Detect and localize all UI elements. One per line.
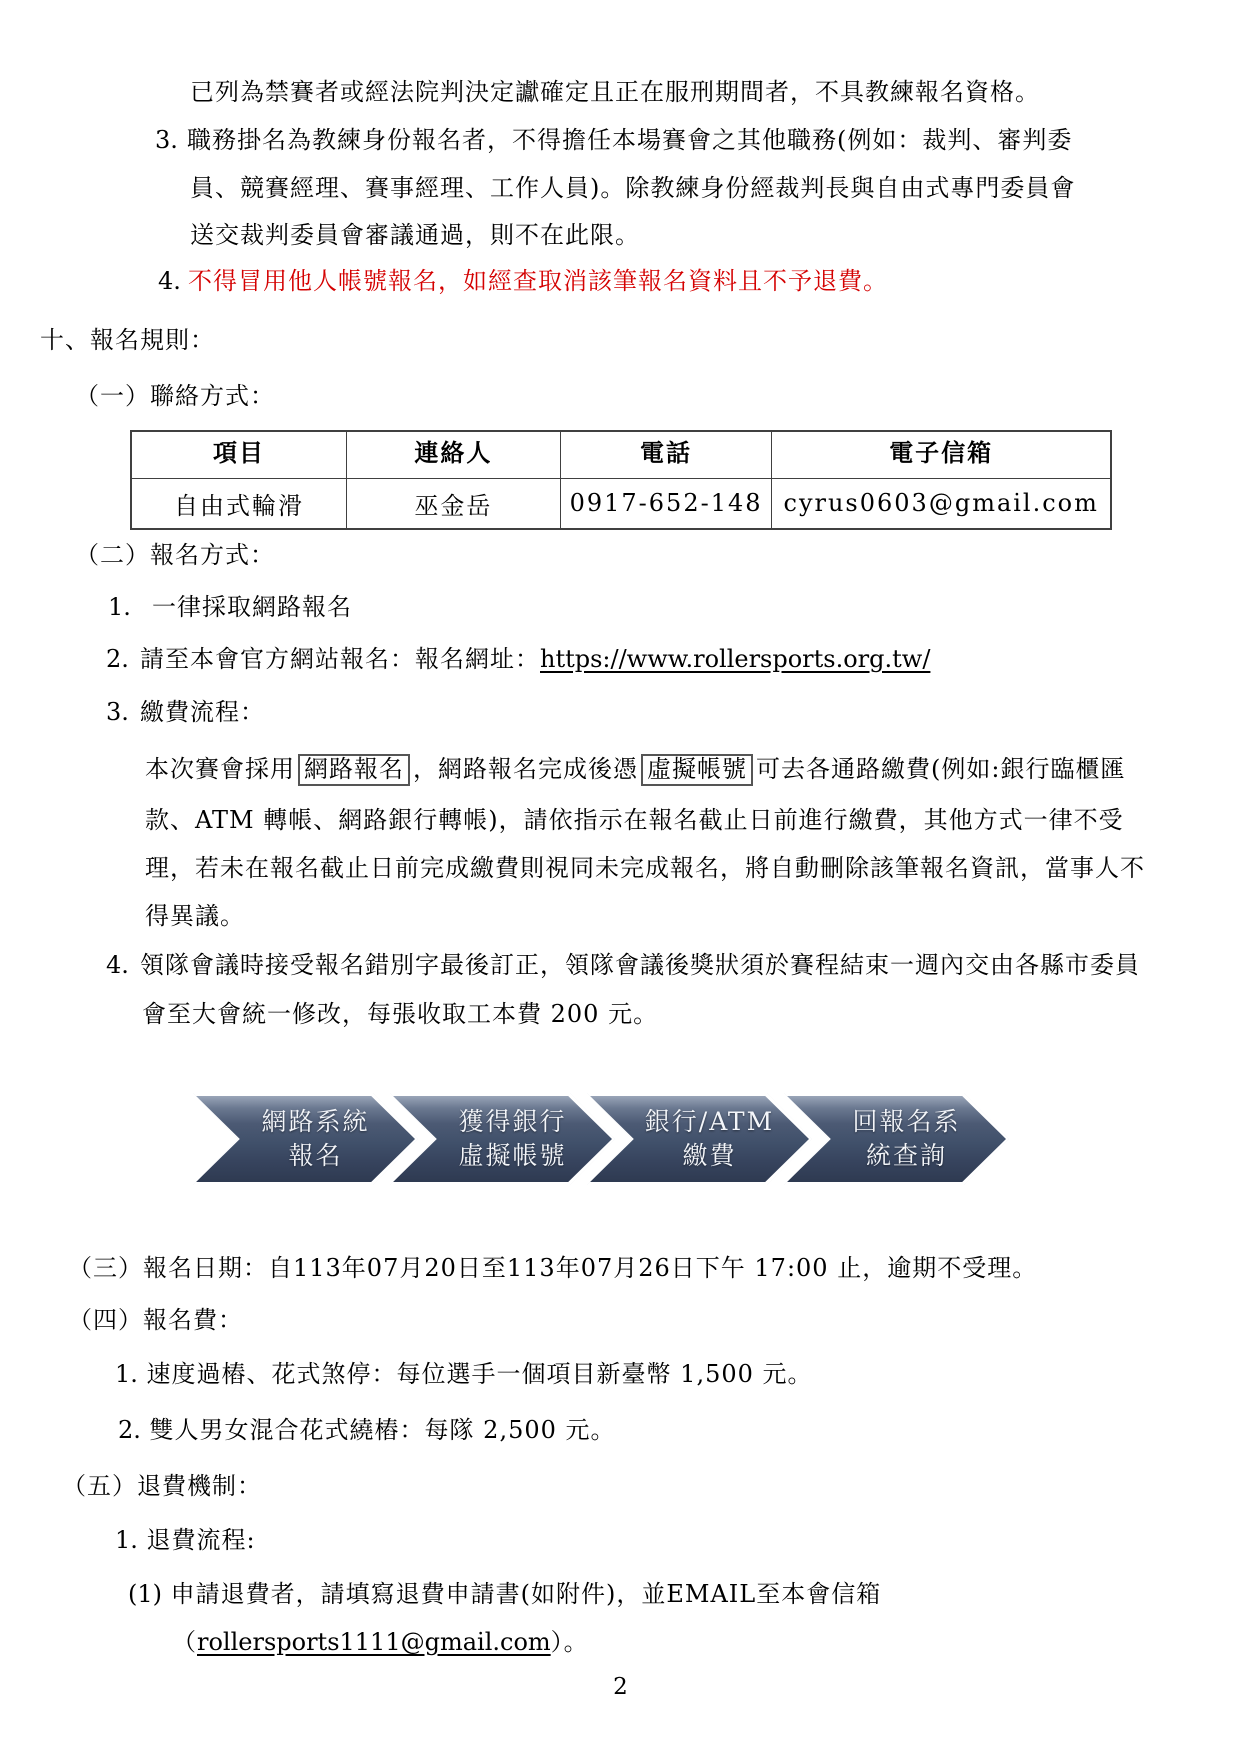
refund-item1-number: 1.	[115, 1526, 138, 1554]
method-item4-line2: 會至大會統一修改，每張收取工本費 200 元。	[142, 1000, 658, 1029]
contact-cell-phone: 0917-652-148	[560, 478, 772, 529]
refund-sub-number: (1)	[128, 1580, 162, 1608]
email-close-paren: ）。	[551, 1628, 589, 1656]
rule3-line1: 職務掛名為教練身份報名者，不得擔任本場賽會之其他職務(例如：裁判、審判委	[187, 126, 1072, 155]
contact-header-email: 電子信箱	[772, 431, 1111, 478]
fee-item2-text: 雙人男女混合花式繞樁：每隊 2,500 元。	[150, 1416, 616, 1444]
rule4-warning-text: 不得冒用他人帳號報名，如經查取消該筆報名資料且不予退費。	[188, 267, 888, 296]
date-section-line: （三）報名日期：自113年07月20日至113年07月26日下午 17:00 止…	[68, 1254, 1037, 1283]
boxed-term-online-registration: 網路報名	[298, 754, 410, 786]
email-open-paren: （	[172, 1628, 197, 1656]
contact-header-item: 項目	[131, 431, 347, 478]
contact-cell-item: 自由式輪滑	[131, 478, 347, 529]
contact-cell-email: cyrus0603@gmail.com	[772, 478, 1111, 529]
payment-para-line1-b: ，網路報名完成後憑	[413, 755, 638, 783]
contact-table-data-row: 自由式輪滑 巫金岳 0917-652-148 cyrus0603@gmail.c…	[131, 478, 1111, 529]
rule3-number: 3.	[155, 126, 178, 155]
flow-step-3-label: 銀行/ATM 繳費	[590, 1096, 809, 1182]
payment-para-line4: 得異議。	[145, 902, 245, 931]
payment-para-line3: 理，若未在報名截止日前完成繳費則視同未完成報名，將自動刪除該筆報名資訊，當事人不	[145, 854, 1145, 883]
method-item2-line: 請至本會官方網站報名：報名網址：https://www.rollersports…	[140, 645, 930, 674]
refund-email-line: （rollersports1111@gmail.com）。	[172, 1628, 589, 1657]
refund-sub-line: (1) 申請退費者，請填寫退費申請書(如附件)，並EMAIL至本會信箱	[128, 1580, 881, 1609]
refund-email-link[interactable]: rollersports1111@gmail.com	[197, 1628, 551, 1656]
flow-step-2-label: 獲得銀行 虛擬帳號	[393, 1096, 612, 1182]
contact-table-header-row: 項目 連絡人 電話 電子信箱	[131, 431, 1111, 478]
flow-step-2-line1: 獲得銀行	[458, 1105, 566, 1139]
refund-heading: （五）退費機制：	[62, 1472, 262, 1501]
flow-step-3-line1: 銀行/ATM	[645, 1105, 774, 1139]
flow-step-1-line2: 報名	[288, 1139, 342, 1173]
rule2-continuation-line: 已列為禁賽者或經法院判決定讞確定且正在服刑期間者，不具教練報名資格。	[190, 78, 1040, 107]
payment-para-line1: 本次賽會採用網路報名，網路報名完成後憑虛擬帳號可去各通路繳費(例如:銀行臨櫃匯	[145, 754, 1125, 786]
method-item3-text: 繳費流程：	[140, 698, 265, 727]
method-item2-text: 請至本會官方網站報名：報名網址：	[140, 645, 540, 673]
payment-para-line2: 款、ATM 轉帳、網路銀行轉帳)，請依指示在報名截止日前進行繳費，其他方式一律不…	[145, 806, 1124, 835]
method-heading: （二）報名方式：	[75, 541, 275, 570]
flow-step-4-label: 回報名系 統查詢	[787, 1096, 1006, 1182]
refund-item1-text: 退費流程:	[147, 1526, 256, 1554]
method-item1-number: 1.	[108, 593, 131, 622]
flow-step-2-chevron: 獲得銀行 虛擬帳號	[390, 1093, 615, 1185]
refund-sub-text: 申請退費者，請填寫退費申請書(如附件)，並EMAIL至本會信箱	[171, 1580, 882, 1608]
flow-step-1-line1: 網路系統	[261, 1105, 369, 1139]
flow-step-3-line2: 繳費	[682, 1139, 736, 1173]
section-10-title: 十、報名規則：	[40, 326, 215, 355]
fee-heading: （四）報名費：	[68, 1306, 243, 1335]
rule3-line3: 送交裁判委員會審議通過，則不在此限。	[190, 221, 640, 250]
method-item4-number: 4.	[106, 951, 129, 980]
boxed-term-virtual-account: 虛擬帳號	[641, 754, 753, 786]
flow-step-4-chevron: 回報名系 統查詢	[784, 1093, 1009, 1185]
method-item3-number: 3.	[106, 698, 129, 727]
rule3-line2: 員、競賽經理、賽事經理、工作人員)。除教練身份經裁判長與自由式專門委員會	[190, 174, 1075, 203]
document-page: 已列為禁賽者或經法院判決定讞確定且正在服刑期間者，不具教練報名資格。 3. 職務…	[0, 0, 1241, 1755]
payment-para-line1-c: 可去各通路繳費(例如:銀行臨櫃匯	[756, 755, 1125, 783]
flow-step-4-line1: 回報名系	[852, 1105, 960, 1139]
fee-item2-number: 2.	[118, 1416, 141, 1444]
contact-cell-person: 巫金岳	[347, 478, 561, 529]
method-item2-number: 2.	[106, 645, 129, 674]
registration-url-link[interactable]: https://www.rollersports.org.tw/	[540, 645, 930, 673]
fee-item1-line: 1. 速度過樁、花式煞停：每位選手一個項目新臺幣 1,500 元。	[115, 1360, 813, 1389]
flow-step-1-chevron: 網路系統 報名	[193, 1093, 418, 1185]
method-item1-text: 一律採取網路報名	[152, 593, 352, 622]
fee-item1-text: 速度過樁、花式煞停：每位選手一個項目新臺幣 1,500 元。	[147, 1360, 813, 1388]
contact-heading: （一）聯絡方式：	[75, 382, 275, 411]
fee-item2-line: 2. 雙人男女混合花式繞樁：每隊 2,500 元。	[118, 1416, 616, 1445]
flow-step-1-label: 網路系統 報名	[196, 1096, 415, 1182]
page-number: 2	[0, 1674, 1241, 1700]
payment-flow-diagram: 網路系統 報名 獲得銀行 虛擬帳號 銀行/ATM 繳費 回報名系 統查詢	[193, 1093, 1009, 1185]
contact-header-person: 連絡人	[347, 431, 561, 478]
rule2-text: 已列為禁賽者或經法院判決定讞確定且正在服刑期間者，不具教練報名資格。	[190, 78, 1040, 106]
refund-item1-line: 1. 退費流程:	[115, 1526, 256, 1555]
flow-step-3-chevron: 銀行/ATM 繳費	[587, 1093, 812, 1185]
flow-step-2-line2: 虛擬帳號	[458, 1139, 566, 1173]
rule4-number: 4.	[158, 267, 181, 296]
fee-item1-number: 1.	[115, 1360, 138, 1388]
flow-step-4-line2: 統查詢	[866, 1139, 947, 1173]
contact-header-phone: 電話	[560, 431, 772, 478]
contact-table: 項目 連絡人 電話 電子信箱 自由式輪滑 巫金岳 0917-652-148 cy…	[130, 430, 1112, 530]
payment-para-line1-a: 本次賽會採用	[145, 755, 295, 783]
method-item4-line1: 領隊會議時接受報名錯別字最後訂正，領隊會議後獎狀須於賽程結束一週內交由各縣市委員	[140, 951, 1140, 980]
